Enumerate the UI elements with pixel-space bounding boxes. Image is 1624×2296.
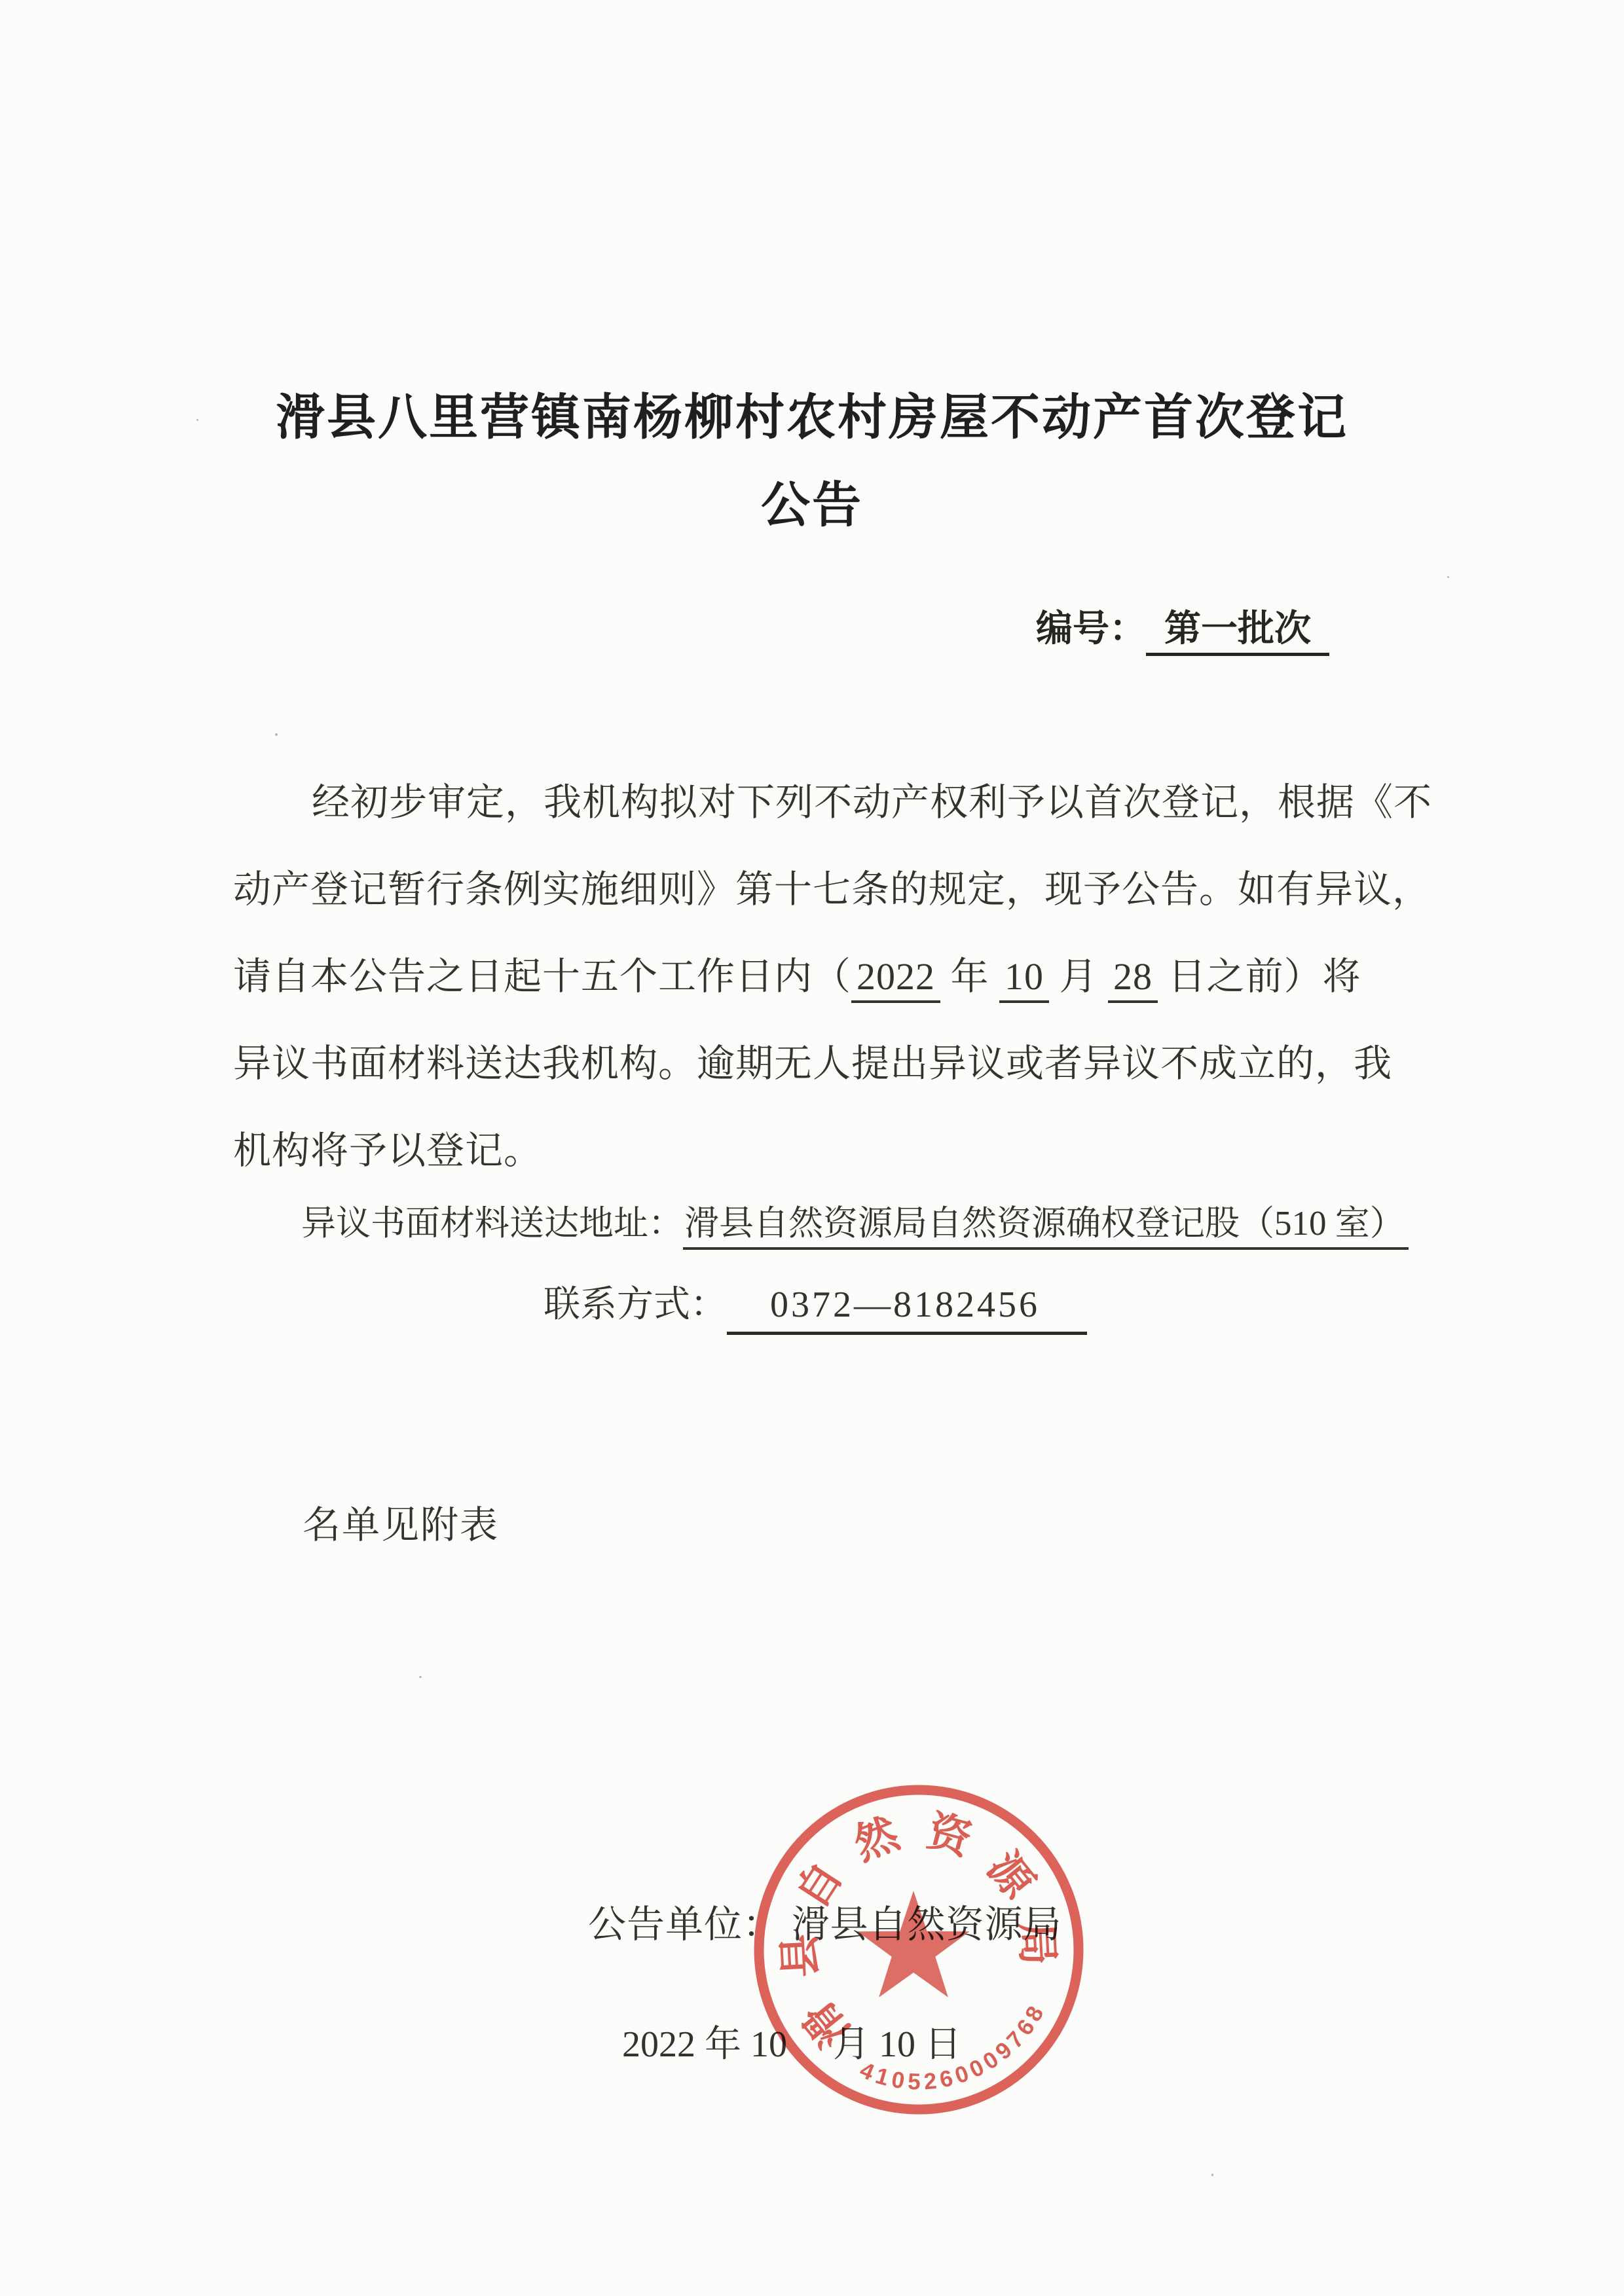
seal-org-char: 滑 <box>794 1992 859 2056</box>
objection-address-label: 异议书面材料送达地址： <box>301 1205 683 1243</box>
underlined-value: 2022 <box>851 955 940 1003</box>
seal-org-char: 源 <box>978 1844 1043 1908</box>
text-segment: 机构将予以登记。 <box>233 1129 542 1172</box>
text-segment: 月 <box>1049 955 1108 998</box>
official-seal: 滑县自然资源局4105260009768 <box>735 1766 1102 2133</box>
contact-label: 联系方式： <box>544 1285 727 1325</box>
scan-speck <box>1211 2174 1213 2176</box>
seal-org-char: 自 <box>788 1854 851 1916</box>
scan-speck <box>196 419 198 421</box>
seal-serial-digit: 2 <box>923 2068 938 2095</box>
attachment-note: 名单见附表 <box>303 1494 499 1549</box>
body-line-4: 异议书面材料送达我机构。逾期无人提出异议或者异议不成立的，我 <box>233 1032 1392 1087</box>
contact-line: 联系方式：0372—8182456 <box>544 1275 1087 1328</box>
objection-address-line: 异议书面材料送达地址：滑县自然资源局自然资源确权登记股（510 室） <box>301 1195 1409 1245</box>
objection-address-value: 滑县自然资源局自然资源确权登记股（510 室） <box>683 1205 1409 1250</box>
scan-speck <box>419 1676 422 1678</box>
text-segment: 请自本公告之日起十五个工作日内（ <box>233 955 851 998</box>
contact-value: 0372—8182456 <box>727 1285 1087 1335</box>
document-page: 滑县八里营镇南杨柳村农村房屋不动产首次登记 公告 编号：第一批次 经初步审定，我… <box>0 0 1624 2296</box>
seal-org-char: 局 <box>1012 1921 1061 1967</box>
seal-serial-digit: 0 <box>890 2067 906 2094</box>
scan-speck <box>1447 576 1449 578</box>
doc-title-line2: 公告 <box>0 466 1624 536</box>
underlined-value: 10 <box>999 955 1049 1003</box>
body-line-5: 机构将予以登记。 <box>233 1120 542 1175</box>
text-segment: 动产登记暂行条例实施细则》第十七条的规定，现予公告。如有异议， <box>233 868 1431 911</box>
seal-serial-digit: 5 <box>908 2069 921 2095</box>
underlined-value: 28 <box>1108 955 1158 1003</box>
body-line-2: 动产登记暂行条例实施细则》第十七条的规定，现予公告。如有异议， <box>233 858 1431 913</box>
serial-number-line: 编号：第一批次 <box>1036 600 1329 652</box>
text-segment: 异议书面材料送达我机构。逾期无人提出异议或者异议不成立的，我 <box>233 1042 1392 1085</box>
seal-serial-digit: 6 <box>937 2066 955 2093</box>
serial-value: 第一批次 <box>1146 608 1329 656</box>
serial-label: 编号： <box>1036 608 1146 649</box>
body-line-3: 请自本公告之日起十五个工作日内（2022 年 10 月 28 日之前）将 <box>233 945 1361 1000</box>
body-line-1: 经初步审定，我机构拟对下列不动产权利予以首次登记，根据《不 <box>312 771 1432 826</box>
seal-org-char: 然 <box>848 1810 906 1870</box>
seal-org-char: 县 <box>776 1933 826 1979</box>
seal-star <box>857 1891 969 1997</box>
doc-title-line1: 滑县八里营镇南杨柳村农村房屋不动产首次登记 <box>0 378 1624 448</box>
scan-speck <box>275 733 278 736</box>
seal-org-char: 资 <box>922 1807 978 1865</box>
text-segment: 年 <box>940 955 999 998</box>
text-segment: 日之前）将 <box>1158 955 1361 998</box>
text-segment: 经初步审定，我机构拟对下列不动产权利予以首次登记，根据《不 <box>312 781 1432 824</box>
